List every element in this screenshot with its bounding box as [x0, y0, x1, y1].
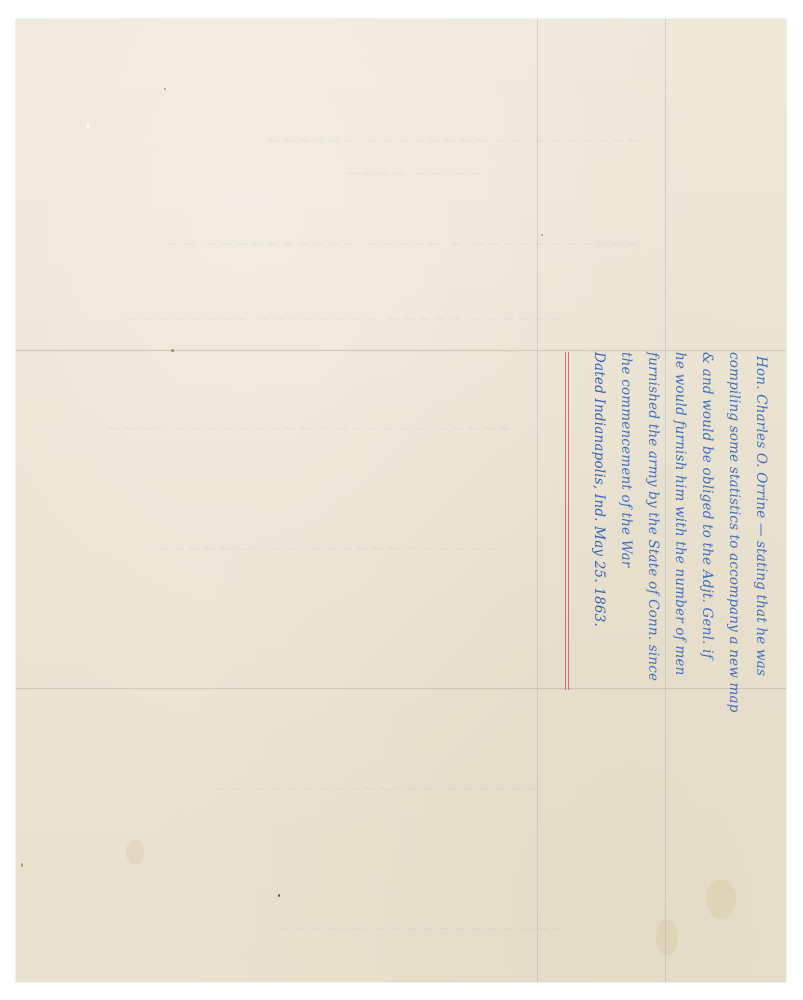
paper-stain [656, 919, 678, 955]
docket-line-6: the commencement of the War [612, 352, 639, 692]
red-margin-line [568, 352, 569, 690]
bleed-through-line: ~~ ~~~~~~~~~~ ~~~~~ ~ ~~~~~~~~~~~ [166, 234, 641, 253]
paper-speck [171, 349, 174, 352]
docket-date-line: Dated Indianapolis, Ind. May 25. 1863. [585, 352, 612, 692]
docket-line-1: Hon. Charles O. Orrine — stating that he… [747, 352, 774, 692]
bleed-through-line: ~~~~~~ ~~~~~~~~ ~~ ~~~~~~~ [266, 131, 642, 150]
docket-text-block: Hon. Charles O. Orrine — stating that he… [574, 352, 774, 692]
docket-line-2: compiling some statistics to accompany a… [720, 352, 747, 692]
docket-line-3: & and would be obliged to the Adjt. Genl… [693, 352, 720, 692]
scan-canvas: ~~~~~~ ~~~~~~~~ ~~ ~~~~~~~ ~~~~ ~~ ~~ ~~… [0, 0, 803, 1000]
paper-speck [278, 894, 280, 897]
letter-sheet: ~~~~~~ ~~~~~~~~ ~~ ~~~~~~~ ~~~~ ~~ ~~ ~~… [16, 19, 786, 982]
paper-stain [126, 839, 144, 865]
bleed-through-line: ~~~~~~ ~~~~~~~~~ ~~~ [276, 919, 567, 938]
paper-speck [541, 234, 543, 236]
paper-speck [164, 88, 166, 90]
paper-stain [706, 879, 736, 919]
docket-line-4: he would furnish him with the number of … [666, 352, 693, 692]
docket-endorsement: Hon. Charles O. Orrine — stating that he… [574, 352, 774, 692]
bleed-through-line: ~~~~ ~~ ~~ [346, 164, 483, 183]
bleed-through-line: ~~~~ ~~~~~~~~~ ~~~~~~~ ~~~~~ [106, 419, 512, 438]
bleed-through-line: ~~~~~~~ ~~ ~~~~~~ ~~~~~~ [156, 539, 501, 558]
red-margin-line [565, 352, 566, 690]
paper-speck [21, 863, 23, 867]
paper-speck [86, 124, 90, 128]
bleed-through-line: ~~~~~~~~ ~~~~~~~~ ~~~~~ ~~~~~~ [126, 309, 563, 328]
ruled-line-left [537, 19, 538, 982]
bleed-through-line: ~~ ~~~~~~~~~~~~ ~~~~~~ [216, 779, 538, 798]
docket-line-5: furnished the army by the State of Conn.… [639, 352, 666, 692]
